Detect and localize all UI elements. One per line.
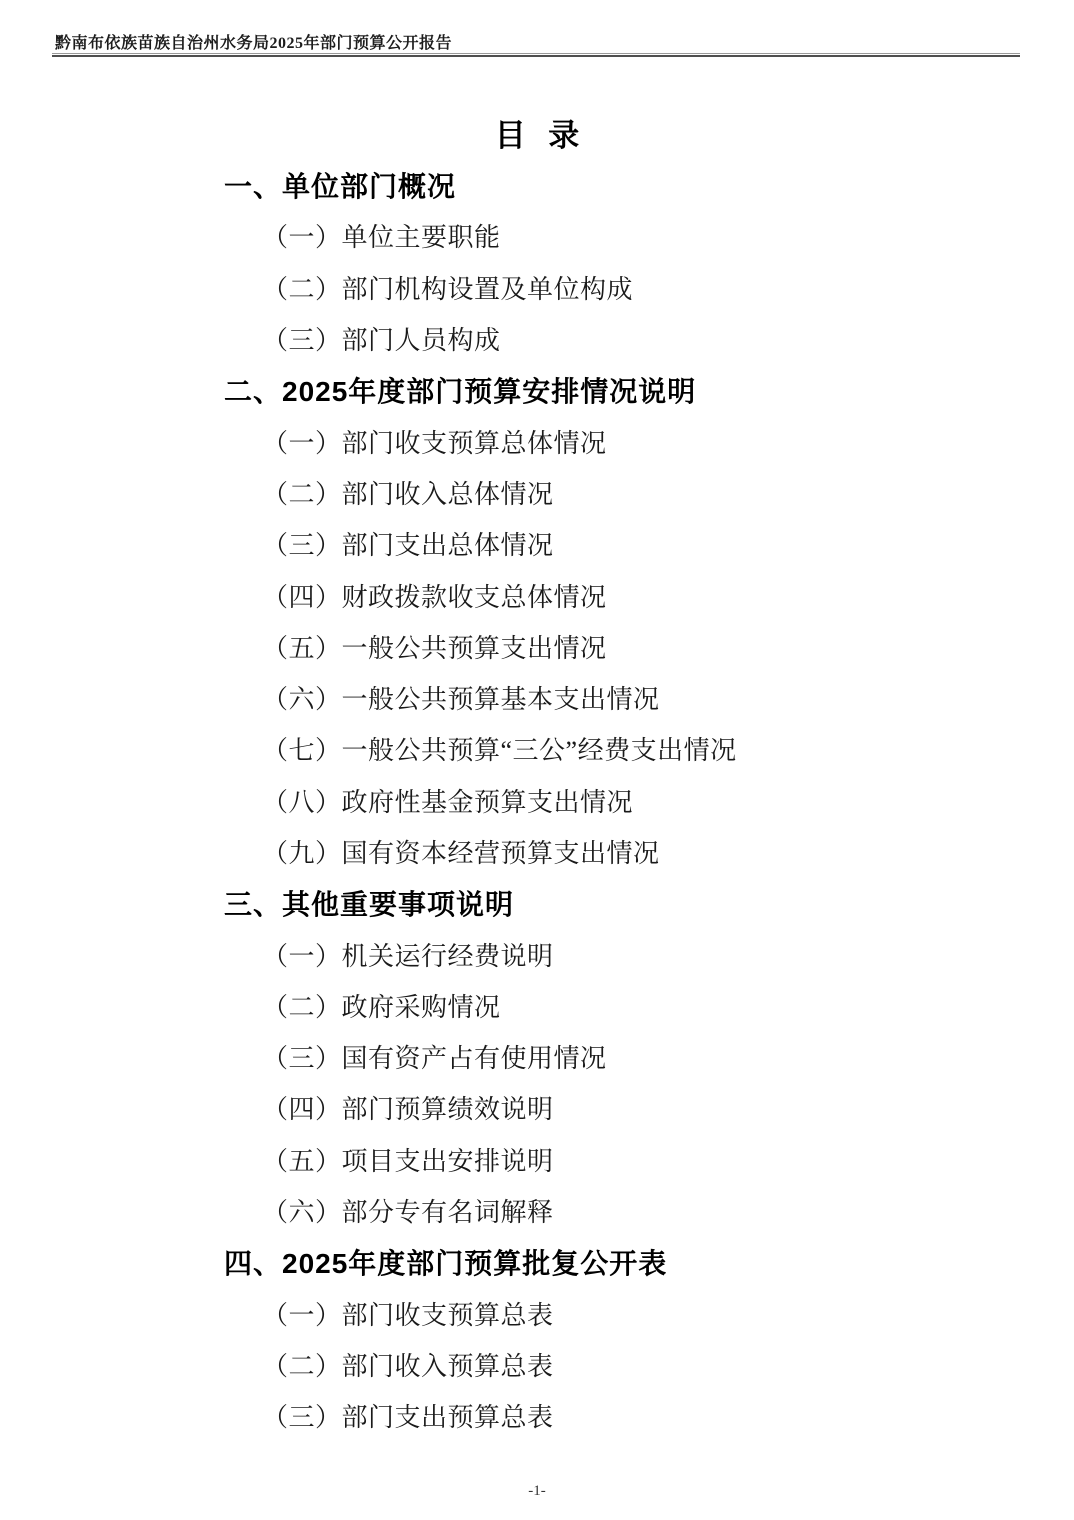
toc-item: （一）机关运行经费说明 [0, 928, 1074, 979]
toc-item: （九）国有资本经营预算支出情况 [0, 826, 1074, 877]
toc-section-heading: 二、2025年度部门预算安排情况说明 [0, 364, 1074, 415]
table-of-contents: 一、单位部门概况（一）单位主要职能（二）部门机构设置及单位构成（三）部门人员构成… [0, 159, 1074, 1441]
toc-item: （三）部门人员构成 [0, 313, 1074, 364]
toc-title: 目 录 [0, 110, 1074, 155]
toc-item: （二）部门收入预算总表 [0, 1339, 1074, 1390]
toc-section-heading: 四、2025年度部门预算批复公开表 [0, 1236, 1074, 1287]
document-page: 黔南布依族苗族自治州水务局2025年部门预算公开报告 目 录 一、单位部门概况（… [0, 0, 1074, 1520]
toc-item: （六）部分专有名词解释 [0, 1185, 1074, 1236]
toc-item: （二）部门机构设置及单位构成 [0, 262, 1074, 313]
document-header-title: 黔南布依族苗族自治州水务局2025年部门预算公开报告 [55, 30, 452, 53]
toc-item: （二）政府采购情况 [0, 980, 1074, 1031]
toc-item: （五）一般公共预算支出情况 [0, 621, 1074, 672]
toc-item: （三）国有资产占有使用情况 [0, 1031, 1074, 1082]
toc-item: （一）部门收支预算总体情况 [0, 415, 1074, 466]
toc-item: （六）一般公共预算基本支出情况 [0, 672, 1074, 723]
toc-item: （四）部门预算绩效说明 [0, 1082, 1074, 1133]
toc-item: （四）财政拨款收支总体情况 [0, 569, 1074, 620]
toc-item: （二）部门收入总体情况 [0, 467, 1074, 518]
toc-section-heading: 一、单位部门概况 [0, 159, 1074, 210]
toc-item: （五）项目支出安排说明 [0, 1134, 1074, 1185]
toc-section-heading: 三、其他重要事项说明 [0, 877, 1074, 928]
page-number: -1- [0, 1483, 1074, 1500]
toc-item: （一）单位主要职能 [0, 210, 1074, 261]
toc-item: （八）政府性基金预算支出情况 [0, 775, 1074, 826]
toc-item: （七）一般公共预算“三公”经费支出情况 [0, 723, 1074, 774]
toc-item: （一）部门收支预算总表 [0, 1288, 1074, 1339]
toc-item: （三）部门支出预算总表 [0, 1390, 1074, 1441]
header-rule [52, 53, 1020, 57]
toc-item: （三）部门支出总体情况 [0, 518, 1074, 569]
